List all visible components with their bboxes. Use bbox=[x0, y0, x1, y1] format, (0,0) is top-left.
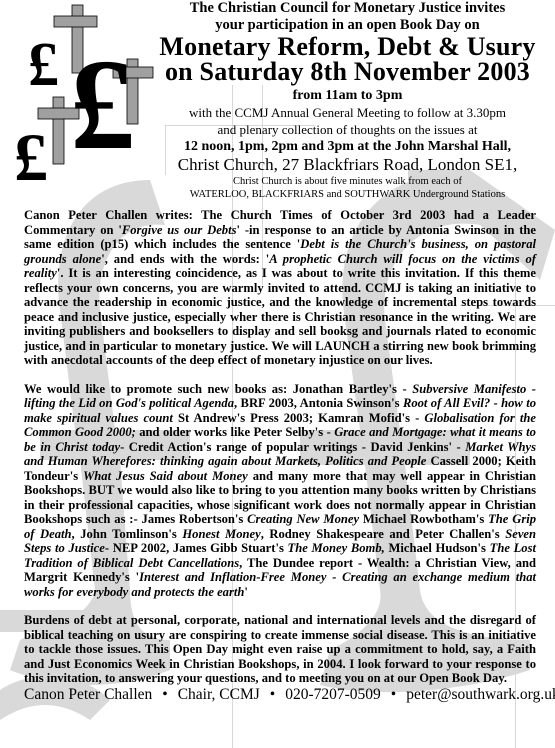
event-title: Monetary Reform, Debt & Usury bbox=[140, 34, 555, 59]
book-title: Honest Money bbox=[182, 527, 260, 541]
text-segment: '. It is an interesting coincidence, as … bbox=[24, 266, 536, 367]
flyer-body: Canon Peter Challen writes: The Church T… bbox=[24, 208, 536, 704]
text-segment: , BRF 2003, Antonia Swinson's bbox=[234, 396, 403, 410]
session-times: 12 noon, 1pm, 2pm and 3pm at the John Ma… bbox=[140, 138, 555, 155]
venue-address: Christ Church, 27 Blackfriars Road, Lond… bbox=[140, 155, 555, 175]
bullet-separator: • bbox=[270, 686, 275, 703]
signature-phone: 020-7207-0509 bbox=[285, 686, 381, 703]
text-segment: ', and ends with the words: ' bbox=[101, 252, 269, 266]
signature-name: Canon Peter Challen bbox=[24, 686, 152, 703]
text-segment: , Rodney Shakespeare and Peter Challen's bbox=[261, 527, 506, 541]
text-segment: and older works like Peter Selby's - bbox=[136, 425, 334, 439]
invite-line-1: The Christian Council for Monetary Justi… bbox=[140, 0, 555, 17]
stations-note: WATERLOO, BLACKFRIARS and SOUTHWARK Unde… bbox=[140, 188, 555, 201]
svg-text:£: £ bbox=[70, 33, 135, 177]
text-segment: Michael Hudson's bbox=[385, 541, 490, 555]
signature-line: Canon Peter Challen•Chair, CCMJ•020-7207… bbox=[24, 686, 536, 704]
book-title: The Money Bomb, bbox=[288, 541, 385, 555]
text-segment: We would like to promote such new books … bbox=[24, 382, 412, 396]
signature-email: peter@southwark.org.uk bbox=[406, 686, 555, 703]
svg-text:£: £ bbox=[14, 119, 48, 185]
paragraph-intro: Canon Peter Challen writes: The Church T… bbox=[24, 208, 536, 368]
walk-note: Christ Church is about five minutes walk… bbox=[140, 175, 555, 188]
text-segment: - Credit Action's range of popular writi… bbox=[120, 440, 465, 454]
agm-note: with the CCMJ Annual General Meeting to … bbox=[140, 104, 555, 121]
paragraph-closing: Burdens of debt at personal, corporate, … bbox=[24, 613, 536, 686]
bullet-separator: • bbox=[162, 686, 167, 703]
text-segment: , John Tomlinson's bbox=[72, 527, 183, 541]
text-segment: ' bbox=[244, 585, 248, 599]
text-segment: - NEP 2002, James Gibb Stuart's bbox=[105, 541, 288, 555]
bullet-separator: • bbox=[391, 686, 396, 703]
quoted-title: Forgive us our Debts bbox=[122, 223, 237, 237]
pound-cross-logo-icon: £ £ £ bbox=[10, 0, 155, 185]
text-segment: Michael Rowbotham's bbox=[359, 512, 488, 526]
event-date: on Saturday 8th November 2003 bbox=[140, 59, 555, 84]
paragraph-books: We would like to promote such new books … bbox=[24, 382, 536, 600]
book-title: Creating New Money bbox=[247, 512, 359, 526]
text-segment: St Andrew's Press 2003; Kamran Mofid's - bbox=[173, 411, 424, 425]
svg-text:£: £ bbox=[28, 31, 59, 99]
plenary-note: and plenary collection of thoughts on th… bbox=[140, 121, 555, 138]
book-title: What Jesus Said about Money bbox=[83, 469, 248, 483]
signature-role: Chair, CCMJ bbox=[178, 686, 260, 703]
flyer-header: The Christian Council for Monetary Justi… bbox=[140, 0, 555, 201]
event-time: from 11am to 3pm bbox=[140, 87, 555, 104]
